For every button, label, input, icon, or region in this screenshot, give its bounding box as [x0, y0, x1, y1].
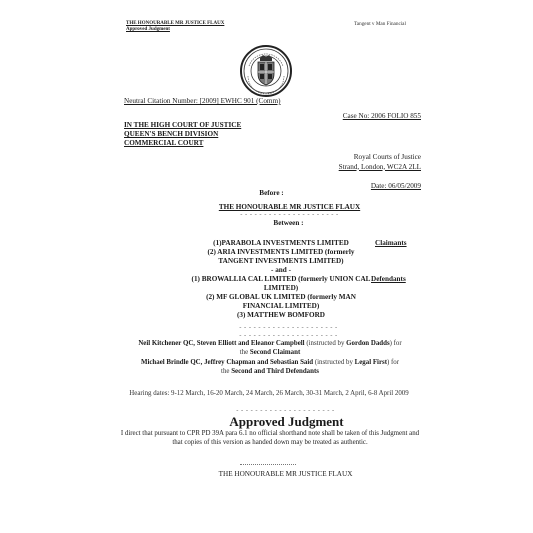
location-line-1: Royal Courts of Justice [339, 153, 421, 163]
running-header-left: THE HONOURABLE MR JUSTICE FLAUX Approved… [126, 21, 224, 33]
separator: - - - - - - - - - - - - - - - - - - - - … [0, 324, 533, 331]
parties-block: (1)PARABOLA INVESTMENTS LIMITED (2) ARIA… [190, 239, 372, 320]
counsel-entry: Michael Brindle QC, Jeffrey Chapman and … [122, 358, 418, 377]
separator: - - - - - - - - - - - - - - - - - - - - … [0, 407, 533, 414]
instructed-pre: (instructed by [306, 340, 344, 347]
royal-courts-seal-icon [239, 44, 293, 98]
counsel-names: Michael Brindle QC, Jeffrey Chapman and … [141, 359, 313, 366]
claimant: (1)PARABOLA INVESTMENTS LIMITED [190, 239, 372, 248]
between-label: Between : [0, 219, 533, 227]
defendant: (3) MATTHEW BOMFORD [190, 311, 372, 320]
header-case-short: Tangent v Man Financial [354, 21, 406, 27]
court-line: IN THE HIGH COURT OF JUSTICE [124, 121, 241, 130]
counsel-entry: Neil Kitchener QC, Steven Elliott and El… [122, 339, 418, 358]
presiding-judge: THE HONOURABLE MR JUSTICE FLAUX [0, 203, 533, 211]
case-number: Case No: 2006 FOLIO 855 [343, 112, 421, 120]
defendants-role: Defendants [371, 275, 406, 283]
separator: - - - - - - - - - - - - - - - - - - - - … [0, 211, 533, 218]
header-status: Approved Judgment [126, 27, 224, 33]
claimant: (2) ARIA INVESTMENTS LIMITED (formerly T… [190, 248, 372, 266]
represented-party: Second and Third Defendants [231, 368, 319, 375]
court-block: IN THE HIGH COURT OF JUSTICE QUEEN'S BEN… [124, 121, 241, 148]
before-label: Before : [0, 189, 533, 197]
represented-party: Second Claimant [250, 349, 300, 356]
hearing-dates: Hearing dates: 9-12 March, 16-20 March, … [120, 389, 418, 398]
for-pre: the [221, 368, 229, 375]
counsel-names: Neil Kitchener QC, Steven Elliott and El… [138, 340, 304, 347]
signature-judge: THE HONOURABLE MR JUSTICE FLAUX [0, 470, 533, 478]
claimants-role: Claimants [375, 239, 407, 247]
neutral-citation: Neutral Citation Number: [2009] EWHC 901… [124, 97, 281, 105]
signature-line [240, 464, 296, 465]
instructed-post: ) for [390, 340, 402, 347]
separator: - - - - - - - - - - - - - - - - - - - - … [0, 332, 533, 339]
defendant: (1) BROWALLIA CAL LIMITED (formerly UNIO… [190, 275, 372, 293]
solicitor: Legal First [355, 359, 387, 366]
and-label: - and - [190, 266, 372, 275]
solicitor: Gordon Dadds [346, 340, 389, 347]
for-pre: the [240, 349, 248, 356]
counsel-block: Neil Kitchener QC, Steven Elliott and El… [122, 339, 418, 377]
direction-text: I direct that pursuant to CPR PD 39A par… [120, 429, 420, 447]
location-line-2: Strand, London, WC2A 2LL [339, 163, 421, 173]
court-line: COMMERCIAL COURT [124, 139, 241, 148]
defendant: (2) MF GLOBAL UK LIMITED (formerly MAN F… [190, 293, 372, 311]
court-location: Royal Courts of Justice Strand, London, … [339, 153, 421, 172]
instructed-pre: (instructed by [315, 359, 353, 366]
court-line: QUEEN'S BENCH DIVISION [124, 130, 241, 139]
approved-judgment-title: Approved Judgment [0, 414, 533, 430]
instructed-post: ) for [387, 359, 399, 366]
